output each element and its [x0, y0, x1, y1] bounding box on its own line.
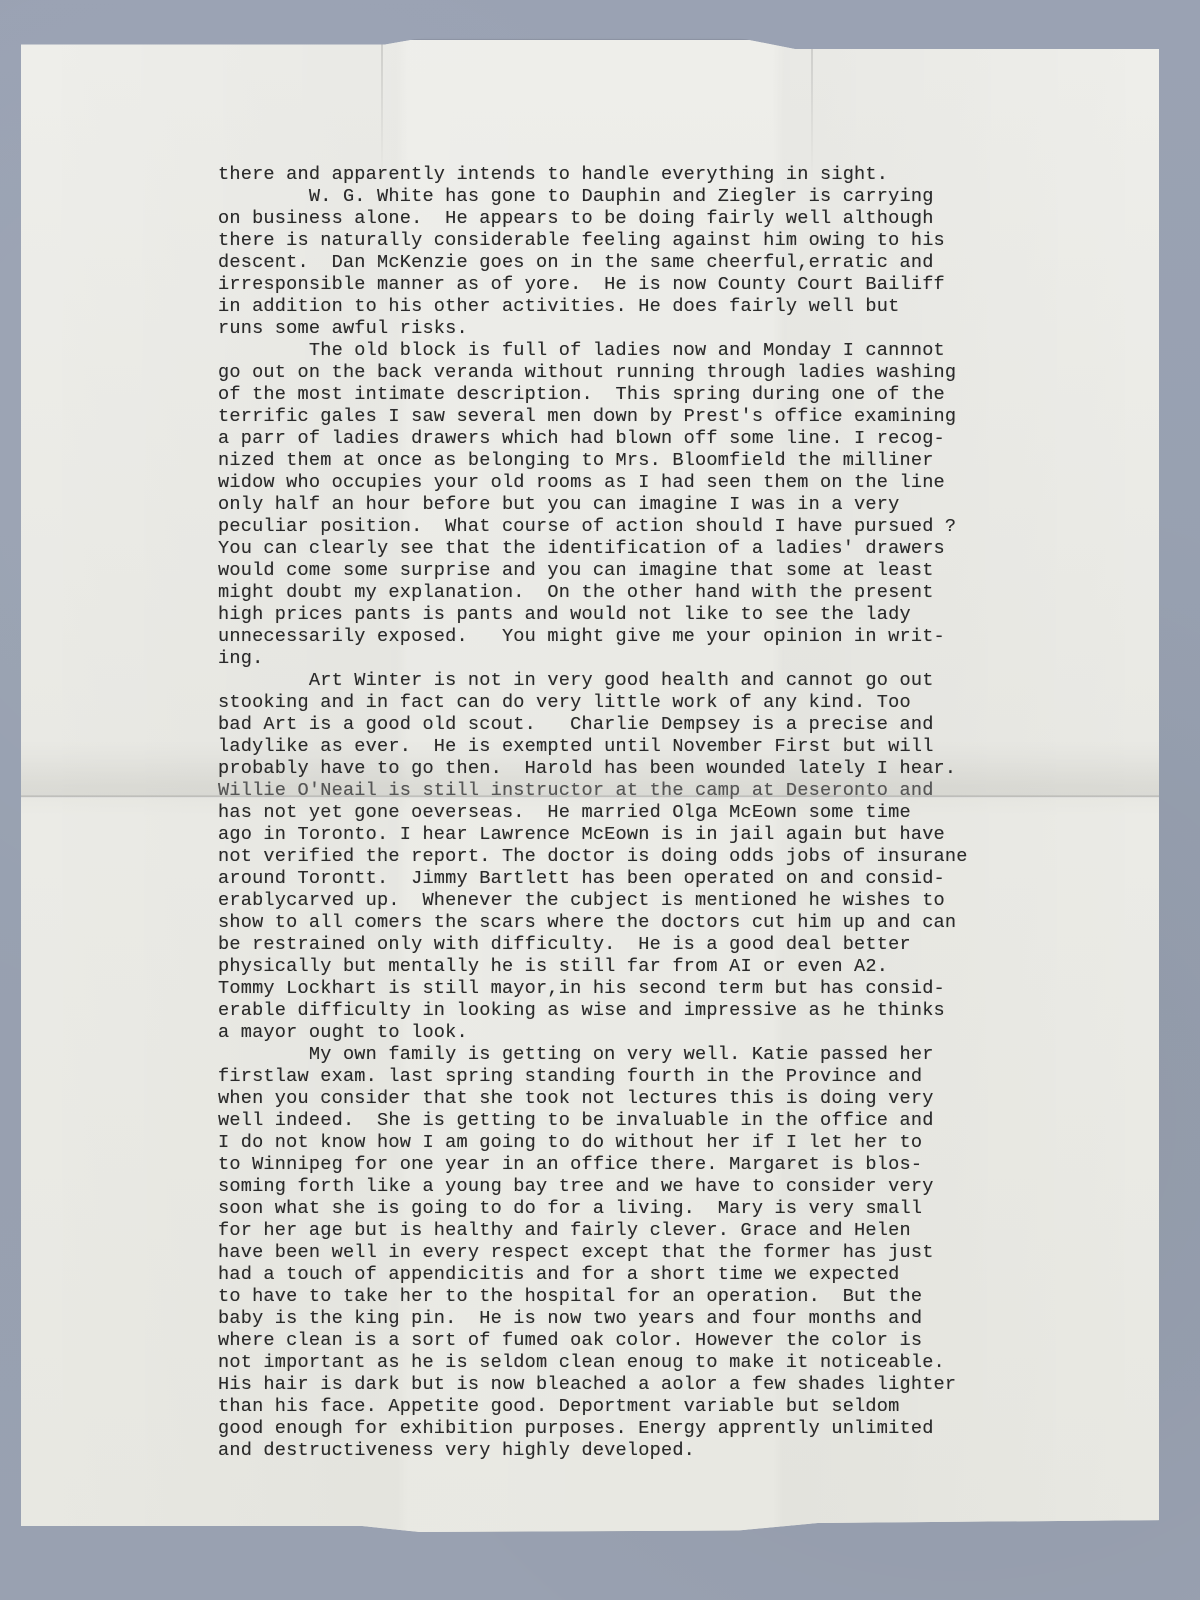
text-line: runs some awful risks. [218, 318, 1118, 340]
text-line: baby is the king pin. He is now two year… [218, 1308, 1118, 1330]
text-line: than his face. Appetite good. Deportment… [218, 1396, 1118, 1418]
text-line: around Torontt. Jimmy Bartlett has been … [218, 868, 1118, 890]
text-line: My own family is getting on very well. K… [218, 1044, 1118, 1066]
text-line: a mayor ought to look. [218, 1022, 1118, 1044]
text-line: terrific gales I saw several men down by… [218, 406, 1118, 428]
typewritten-text: there and apparently intends to handle e… [218, 164, 1118, 1462]
text-line: to Winnipeg for one year in an office th… [218, 1154, 1118, 1176]
text-line: I do not know how I am going to do witho… [218, 1132, 1118, 1154]
text-line: The old block is full of ladies now and … [218, 340, 1118, 362]
text-line: on business alone. He appears to be doin… [218, 208, 1118, 230]
text-line: Art Winter is not in very good health an… [218, 670, 1118, 692]
text-line: might doubt my explanation. On the other… [218, 582, 1118, 604]
text-line: good enough for exhibition purposes. Ene… [218, 1418, 1118, 1440]
text-line: Willie O'Neail is still instructor at th… [218, 780, 1118, 802]
text-line: ladylike as ever. He is exempted until N… [218, 736, 1118, 758]
text-line: Tommy Lockhart is still mayor,in his sec… [218, 978, 1118, 1000]
fold-crease-right [811, 40, 813, 180]
text-line: W. G. White has gone to Dauphin and Zieg… [218, 186, 1118, 208]
text-line: in addition to his other activities. He … [218, 296, 1118, 318]
text-line: physically but mentally he is still far … [218, 956, 1118, 978]
text-line: ago in Toronto. I hear Lawrence McEown i… [218, 824, 1118, 846]
text-line: ing. [218, 648, 1118, 670]
text-line: erable difficulty in looking as wise and… [218, 1000, 1118, 1022]
text-line: only half an hour before but you can ima… [218, 494, 1118, 516]
text-line: well indeed. She is getting to be invalu… [218, 1110, 1118, 1132]
text-line: where clean is a sort of fumed oak color… [218, 1330, 1118, 1352]
text-line: peculiar position. What course of action… [218, 516, 1118, 538]
text-line: irresponsible manner as of yore. He is n… [218, 274, 1118, 296]
text-line: His hair is dark but is now bleached a a… [218, 1374, 1118, 1396]
text-line: and destructiveness very highly develope… [218, 1440, 1118, 1462]
text-line: not verified the report. The doctor is d… [218, 846, 1118, 868]
text-line: soon what she is going to do for a livin… [218, 1198, 1118, 1220]
text-line: bad Art is a good old scout. Charlie Dem… [218, 714, 1118, 736]
text-line: of the most intimate description. This s… [218, 384, 1118, 406]
text-line: probably have to go then. Harold has bee… [218, 758, 1118, 780]
text-line: a parr of ladies drawers which had blown… [218, 428, 1118, 450]
text-line: show to all comers the scars where the d… [218, 912, 1118, 934]
text-line: not important as he is seldom clean enou… [218, 1352, 1118, 1374]
text-line: be restrained only with difficulty. He i… [218, 934, 1118, 956]
text-line: stooking and in fact can do very little … [218, 692, 1118, 714]
text-line: widow who occupies your old rooms as I h… [218, 472, 1118, 494]
text-line: high prices pants is pants and would not… [218, 604, 1118, 626]
text-line: unnecessarily exposed. You might give me… [218, 626, 1118, 648]
text-line: there is naturally considerable feeling … [218, 230, 1118, 252]
text-line: descent. Dan McKenzie goes on in the sam… [218, 252, 1118, 274]
text-line: nized them at once as belonging to Mrs. … [218, 450, 1118, 472]
text-line: there and apparently intends to handle e… [218, 164, 1118, 186]
text-line: had a touch of appendicitis and for a sh… [218, 1264, 1118, 1286]
text-line: go out on the back veranda without runni… [218, 362, 1118, 384]
text-line: have been well in every respect except t… [218, 1242, 1118, 1264]
letter-page: there and apparently intends to handle e… [21, 40, 1159, 1532]
fold-crease-left [381, 40, 383, 180]
text-line: You can clearly see that the identificat… [218, 538, 1118, 560]
text-line: for her age but is healthy and fairly cl… [218, 1220, 1118, 1242]
text-line: soming forth like a young bay tree and w… [218, 1176, 1118, 1198]
text-line: when you consider that she took not lect… [218, 1088, 1118, 1110]
text-line: firstlaw exam. last spring standing four… [218, 1066, 1118, 1088]
text-line: to have to take her to the hospital for … [218, 1286, 1118, 1308]
text-line: has not yet gone oeverseas. He married O… [218, 802, 1118, 824]
text-line: would come some surprise and you can ima… [218, 560, 1118, 582]
text-line: erablycarved up. Whenever the cubject is… [218, 890, 1118, 912]
